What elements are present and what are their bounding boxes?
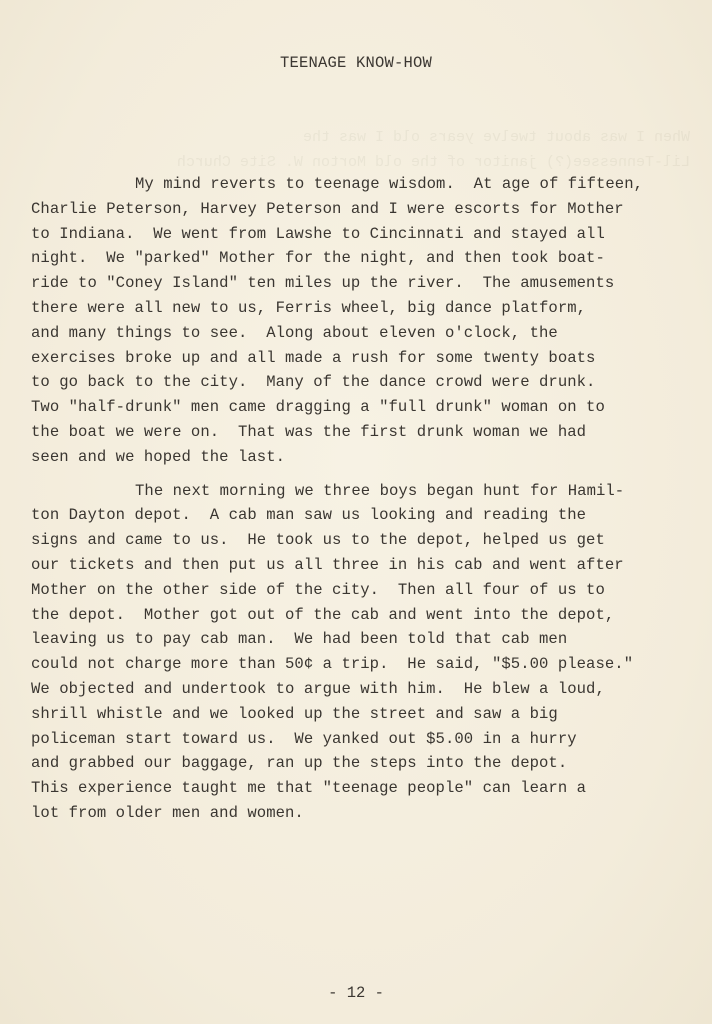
text-line: Charlie Peterson, Harvey Peterson and I … bbox=[31, 197, 711, 222]
document-page: When I was about twelve years old I was … bbox=[0, 0, 712, 1024]
text-line: signs and came to us. He took us to the … bbox=[31, 528, 711, 553]
text-line: seen and we hoped the last. bbox=[31, 445, 711, 470]
paragraph-2: The next morning we three boys began hun… bbox=[31, 479, 711, 826]
page-title: TEENAGE KNOW-HOW bbox=[0, 54, 712, 72]
text-line: to go back to the city. Many of the danc… bbox=[31, 370, 711, 395]
text-line: Two "half-drunk" men came dragging a "fu… bbox=[31, 395, 711, 420]
text-line: policeman start toward us. We yanked out… bbox=[31, 727, 711, 752]
text-line: to Indiana. We went from Lawshe to Cinci… bbox=[31, 222, 711, 247]
text-line: ride to "Coney Island" ten miles up the … bbox=[31, 271, 711, 296]
text-line: leaving us to pay cab man. We had been t… bbox=[31, 627, 711, 652]
text-line: exercises broke up and all made a rush f… bbox=[31, 346, 711, 371]
text-line: This experience taught me that "teenage … bbox=[31, 776, 711, 801]
text-line: there were all new to us, Ferris wheel, … bbox=[31, 296, 711, 321]
text-line: My mind reverts to teenage wisdom. At ag… bbox=[31, 172, 711, 197]
text-line: the boat we were on. That was the first … bbox=[31, 420, 711, 445]
text-line: the depot. Mother got out of the cab and… bbox=[31, 603, 711, 628]
text-line: night. We "parked" Mother for the night,… bbox=[31, 246, 711, 271]
text-line: our tickets and then put us all three in… bbox=[31, 553, 711, 578]
page-number: - 12 - bbox=[0, 984, 712, 1002]
bleed-through-text: When I was about twelve years old I was … bbox=[270, 125, 690, 175]
document-body: My mind reverts to teenage wisdom. At ag… bbox=[31, 172, 711, 826]
text-line: lot from older men and women. bbox=[31, 801, 711, 826]
text-line: The next morning we three boys began hun… bbox=[31, 479, 711, 504]
text-line: and many things to see. Along about elev… bbox=[31, 321, 711, 346]
text-line: Mother on the other side of the city. Th… bbox=[31, 578, 711, 603]
text-line: and grabbed our baggage, ran up the step… bbox=[31, 751, 711, 776]
text-line: We objected and undertook to argue with … bbox=[31, 677, 711, 702]
paragraph-1: My mind reverts to teenage wisdom. At ag… bbox=[31, 172, 711, 470]
text-line: ton Dayton depot. A cab man saw us looki… bbox=[31, 503, 711, 528]
text-line: could not charge more than 50¢ a trip. H… bbox=[31, 652, 711, 677]
text-line: shrill whistle and we looked up the stre… bbox=[31, 702, 711, 727]
